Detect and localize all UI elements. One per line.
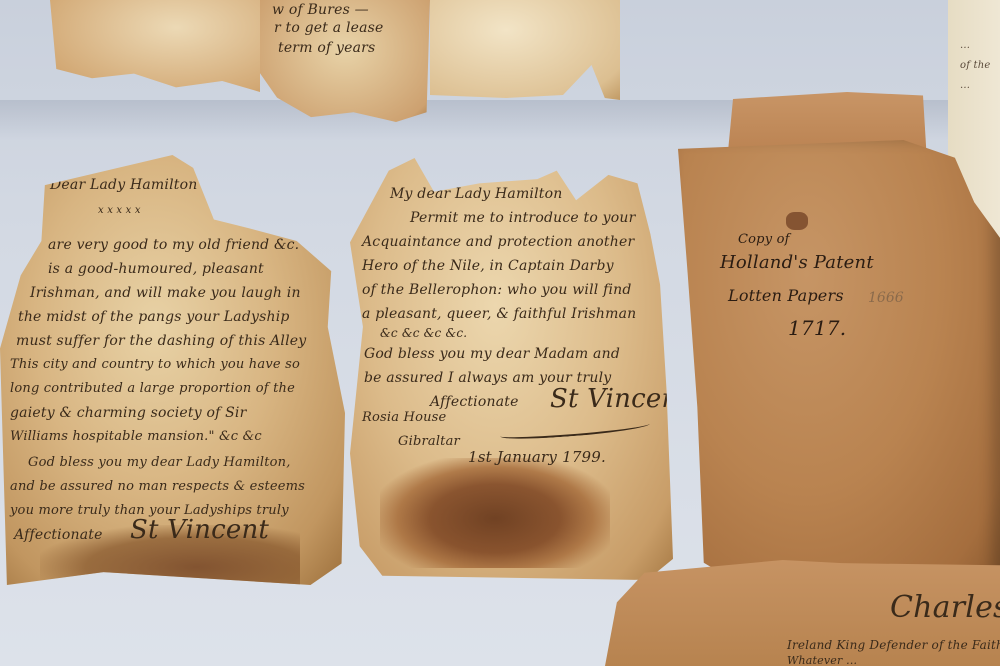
letter-line: This city and country to which you have … [10,357,300,372]
letter-line: must suffer for the dashing of this Alle… [16,333,306,349]
edge-line: ... [960,80,970,91]
letter-line: Permit me to introduce to your [410,210,635,226]
separator: x x x x x [98,205,141,216]
signature-flourish [500,419,650,441]
edge-line: of the [960,60,990,71]
stain [380,458,610,568]
place-line-2: Gibraltar [398,434,460,449]
letter-line: and be assured no man respects & esteems [10,479,305,494]
charter-line: Whatever ... [787,654,857,666]
letter-line: Irishman, and will make you laugh in [30,285,301,301]
top-left-fragment [50,0,260,92]
letter-middle: My dear Lady Hamilton Permit me to intro… [350,158,673,580]
letter-line: Hero of the Nile, in Captain Darby [362,258,614,274]
charter-document: Charles Ireland King Defender of the Fai… [605,560,1000,666]
packet-line: Lotten Papers [728,286,844,305]
top-right-fragment [430,0,620,100]
letter-line: gaiety & charming society of Sir [10,405,246,421]
signature: St Vincent [550,384,689,414]
charter-line: Ireland King Defender of the Faith [787,638,1000,652]
top-fragment-line: term of years [278,40,375,56]
signature: St Vincent [130,515,269,545]
packet-line: Copy of [738,232,790,247]
letter-line: Acquaintance and protection another [362,234,634,250]
pencil-number: 1666 [868,290,904,306]
top-fragment-line: w of Bures — [272,2,369,18]
document-packet: Copy of Holland's Patent Lotten Papers 1… [678,140,1000,585]
letter-line: are very good to my old friend &c. [48,237,299,253]
letter-line: God bless you my dear Lady Hamilton, [28,455,291,470]
place-line-1: Rosia House [362,410,446,425]
letter-line: is a good-humoured, pleasant [48,261,264,277]
salutation: Dear Lady Hamilton [50,177,197,193]
wax-seal-remnant [786,212,808,230]
letter-line: the midst of the pangs your Ladyship [18,309,290,325]
letter-line: Williams hospitable mansion." &c &c [10,429,262,444]
charter-heading: Charles [890,590,1000,625]
letter-line: a pleasant, queer, & faithful Irishman [362,306,636,322]
letter-date: 1st January 1799. [468,448,606,466]
letter-line: Affectionate [430,394,519,410]
letter-line: long contributed a large proportion of t… [10,381,295,396]
packet-line: Holland's Patent [720,252,874,273]
packet-line: 1717. [788,316,846,340]
edge-line: ... [960,40,970,51]
top-fragment-line: r to get a lease [274,20,384,36]
letter-line: of the Bellerophon: who you will find [362,282,632,298]
letter-left: Dear Lady Hamilton x x x x x are very go… [0,155,345,585]
letter-line: &c &c &c &c. [380,326,467,340]
letter-line: God bless you my dear Madam and [364,346,620,362]
letter-line: Affectionate [14,527,103,543]
salutation: My dear Lady Hamilton [390,186,562,202]
